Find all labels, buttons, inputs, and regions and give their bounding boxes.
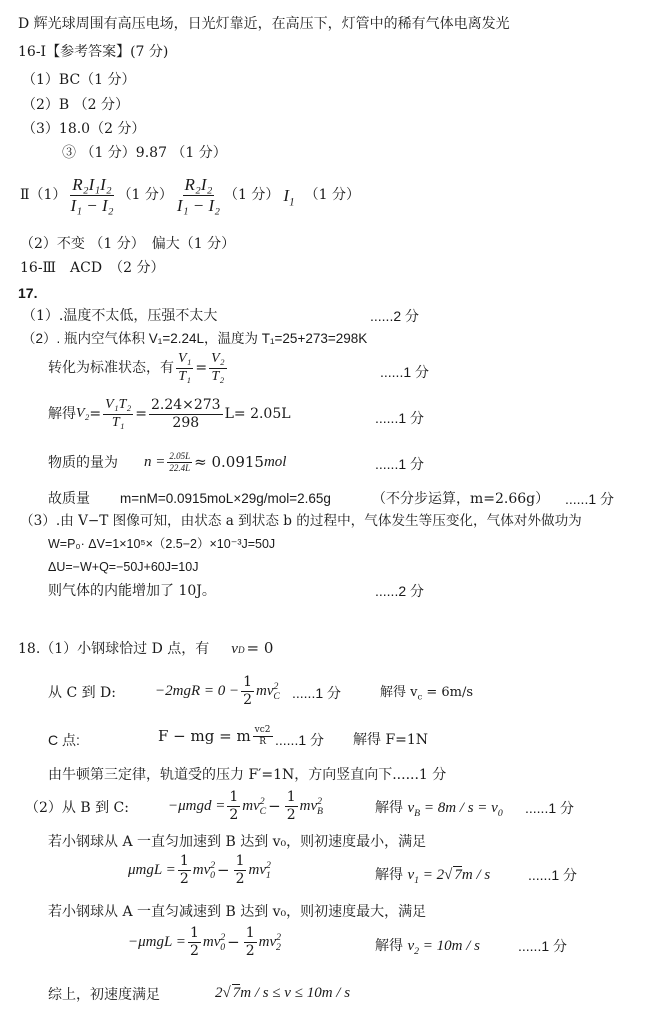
- q18-c-equation: F − mg = m vc2R: [158, 726, 275, 748]
- q18-dec-score: ......1 分: [518, 939, 567, 953]
- q16-1-part1: （1）BC（1 分）: [22, 73, 136, 87]
- q18-acc-text: 若小钢球从 A 一直匀加速到 B 达到 v₀，则初速度最小，满足: [48, 835, 426, 849]
- q18-part1-header: 18.（1）小钢球恰过 D 点，有 vD = 0: [18, 641, 273, 657]
- q16-2-part2: （2）不变 （1 分） 偏大（1 分）: [20, 237, 235, 251]
- q18-cd-solve: 解得 vc = 6m/s: [380, 686, 473, 699]
- q17-part3: （3）.由 V−T 图像可知，由状态 a 到状态 b 的过程中，气体发生等压变化…: [20, 515, 582, 529]
- q17-delta-u: ΔU=−W+Q=−50J+60J=10J: [48, 561, 198, 574]
- q17-standard-state: 转化为标准状态，有 V₁T₁ = V₂T₂: [48, 352, 229, 384]
- q18-summary-range: 2√7m / s ≤ v ≤ 10m / s: [215, 986, 350, 1001]
- fraction-v1-t1: V₁T₁: [176, 352, 193, 384]
- q18-dec-equation: −μmgL = 12 mv20 − 12 mv22: [128, 926, 281, 958]
- fraction-vc2-r: vc2R: [253, 726, 273, 748]
- q17-solve-v2: 解得 V₂= V₁T₂T₁ = 2.24×273298 L= 2.05L: [48, 398, 291, 430]
- q17-mass-score: ......1 分: [565, 492, 614, 506]
- q16-1-part2: （2）B （2 分）: [22, 98, 129, 112]
- fraction-half: 12: [241, 675, 254, 707]
- q18-cd-label: 从 C 到 D:: [48, 686, 116, 700]
- q17-mass-expr: m=nM=0.0915moL×29g/mol=2.65g: [120, 492, 331, 506]
- fraction-numeric: 2.24×273298: [149, 398, 223, 430]
- q17-mass-label: 故质量: [48, 492, 90, 506]
- score-label: （1 分）: [305, 188, 360, 202]
- fraction-v1t2-t1: V₁T₂T₁: [103, 398, 133, 430]
- fraction-moles: 2.05L22.4L: [167, 452, 192, 474]
- q16-2-label: Ⅱ（1）: [20, 188, 66, 202]
- q17-conclusion: 则气体的内能增加了 10J。: [48, 584, 216, 598]
- q17-part1: （1）.温度不太低，压强不太大: [22, 309, 217, 323]
- q17-part1-score: ......2 分: [370, 309, 419, 323]
- q18-bc-solve: 解得 vB = 8m / s = v0: [375, 801, 503, 816]
- q18-dec-solve: 解得 v2 = 10m / s: [375, 939, 480, 954]
- q18-cd-score: ......1 分: [292, 686, 341, 700]
- q18-bc-score: ......1 分: [525, 801, 574, 815]
- q18-c-score: ......1 分: [275, 733, 324, 747]
- q16-2-part1: Ⅱ（1） R₂I₁I₂ I₁ − I₂ （1 分） R₂I₂ I₁ − I₂ （…: [20, 176, 360, 215]
- fraction-r2i2: R₂I₂ I₁ − I₂: [175, 176, 222, 215]
- q18-bc-equation: −μmgd = 12 mv2C − 12 mv2B: [168, 790, 323, 822]
- score-label: （1 分）: [224, 188, 279, 202]
- q18-c-label: C 点:: [48, 733, 80, 747]
- q17-moles-score: ......1 分: [375, 457, 424, 471]
- q17-mass-note: （不分步运算，m=2.66g）: [372, 492, 549, 506]
- q18-part2-label: （2）从 B 到 C:: [25, 801, 129, 815]
- q17-work: W=P₀· ΔV=1×10⁵×（2.5−2）×10⁻³J=50J: [48, 538, 275, 551]
- q18-acc-equation: μmgL = 12 mv20 − 12 mv21: [128, 854, 271, 886]
- q18-acc-score: ......1 分: [528, 868, 577, 882]
- q16-1-part3b: ③ （1 分）9.87 （1 分）: [62, 146, 227, 160]
- q16-3: 16-Ⅲ ACD （2 分）: [20, 261, 164, 275]
- fraction-r2i1i2: R₂I₁I₂ I₁ − I₂: [68, 176, 115, 215]
- answer-i1: I1: [283, 187, 294, 204]
- q18-cd-equation: −2mgR = 0 − 12 mv2C: [155, 675, 280, 707]
- q18-newton: 由牛顿第三定律，轨道受的压力 F′=1N，方向竖直向下......1 分: [48, 768, 446, 782]
- fraction-v2-t2: V₂T₂: [209, 352, 226, 384]
- score-label: （1 分）: [118, 188, 173, 202]
- q18-c-solve: 解得 F=1N: [353, 733, 428, 747]
- q17-conclusion-score: ......2 分: [375, 584, 424, 598]
- q17-solve-score: ......1 分: [375, 411, 424, 425]
- q18-dec-text: 若小钢球从 A 一直匀减速到 B 达到 v₀，则初速度最大，满足: [48, 905, 426, 919]
- q18-acc-solve: 解得 v1 = 2√7m / s: [375, 868, 490, 883]
- q17-header: 17.: [18, 286, 37, 300]
- q16-1-header: 16-Ⅰ【参考答案】(7 分): [18, 45, 168, 59]
- q17-part2: （2）. 瓶内空气体积 V₁=2.24L，温度为 T₁=25+273=298K: [22, 332, 367, 346]
- d-answer-line: D 辉光球周围有高压电场，日光灯靠近，在高压下，灯管中的稀有气体电离发光: [18, 17, 510, 31]
- q17-standard-score: ......1 分: [380, 365, 429, 379]
- q17-moles: 物质的量为 n = 2.05L22.4L ≈ 0.0915mol: [48, 452, 286, 474]
- q16-1-part3: （3）18.0（2 分）: [22, 122, 145, 136]
- q18-summary-label: 综上，初速度满足: [48, 988, 160, 1002]
